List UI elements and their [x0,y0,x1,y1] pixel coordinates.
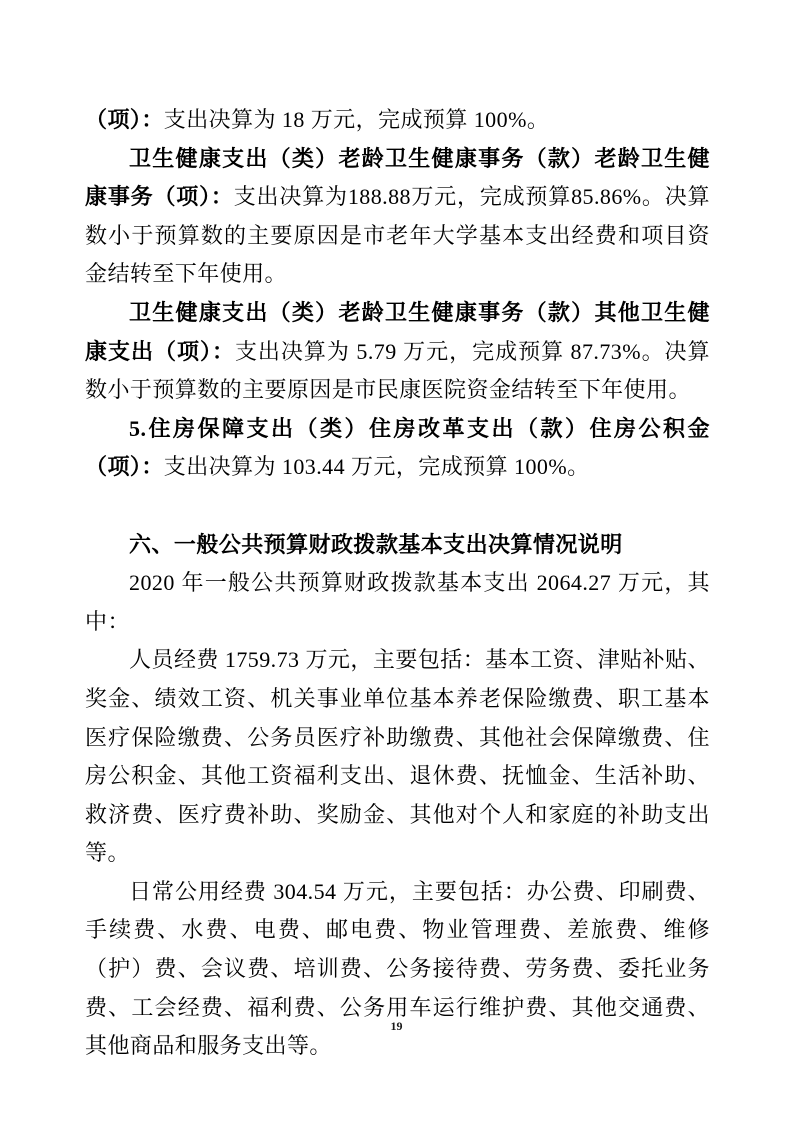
paragraph: 日常公用经费 304.54 万元，主要包括：办公费、印刷费、手续费、水费、电费、… [85,873,710,1066]
text-run: 2020 年一般公共预算财政拨款基本支出 2064.27 万元，其中： [85,570,710,634]
document-page: （项）：支出决算为 18 万元，完成预算 100%。卫生健康支出（类）老龄卫生健… [0,0,793,1122]
section-heading: 六、一般公共预算财政拨款基本支出决算情况说明 [85,526,710,565]
page-number: 19 [0,1019,793,1034]
document-body: （项）：支出决算为 18 万元，完成预算 100%。卫生健康支出（类）老龄卫生健… [85,101,710,1066]
text-run: 六、一般公共预算财政拨款基本支出决算情况说明 [129,532,623,557]
paragraph: 2020 年一般公共预算财政拨款基本支出 2064.27 万元，其中： [85,564,710,641]
paragraph: 卫生健康支出（类）老龄卫生健康事务（款）其他卫生健康支出（项）：支出决算为 5.… [85,294,710,410]
text-run: （项）： [85,107,164,132]
text-run: 支出决算为 18 万元，完成预算 100%。 [164,107,550,132]
text-run: 支出决算为 103.44 万元，完成预算 100%。 [164,454,590,479]
paragraph: （项）：支出决算为 18 万元，完成预算 100%。 [85,101,710,140]
paragraph: 卫生健康支出（类）老龄卫生健康事务（款）老龄卫生健康事务（项）：支出决算为188… [85,140,710,294]
text-run: 人员经费 1759.73 万元，主要包括：基本工资、津贴补贴、奖金、绩效工资、机… [85,647,710,865]
paragraph: 5.住房保障支出（类）住房改革支出（款）住房公积金（项）：支出决算为 103.4… [85,410,710,487]
paragraph: 人员经费 1759.73 万元，主要包括：基本工资、津贴补贴、奖金、绩效工资、机… [85,641,710,873]
